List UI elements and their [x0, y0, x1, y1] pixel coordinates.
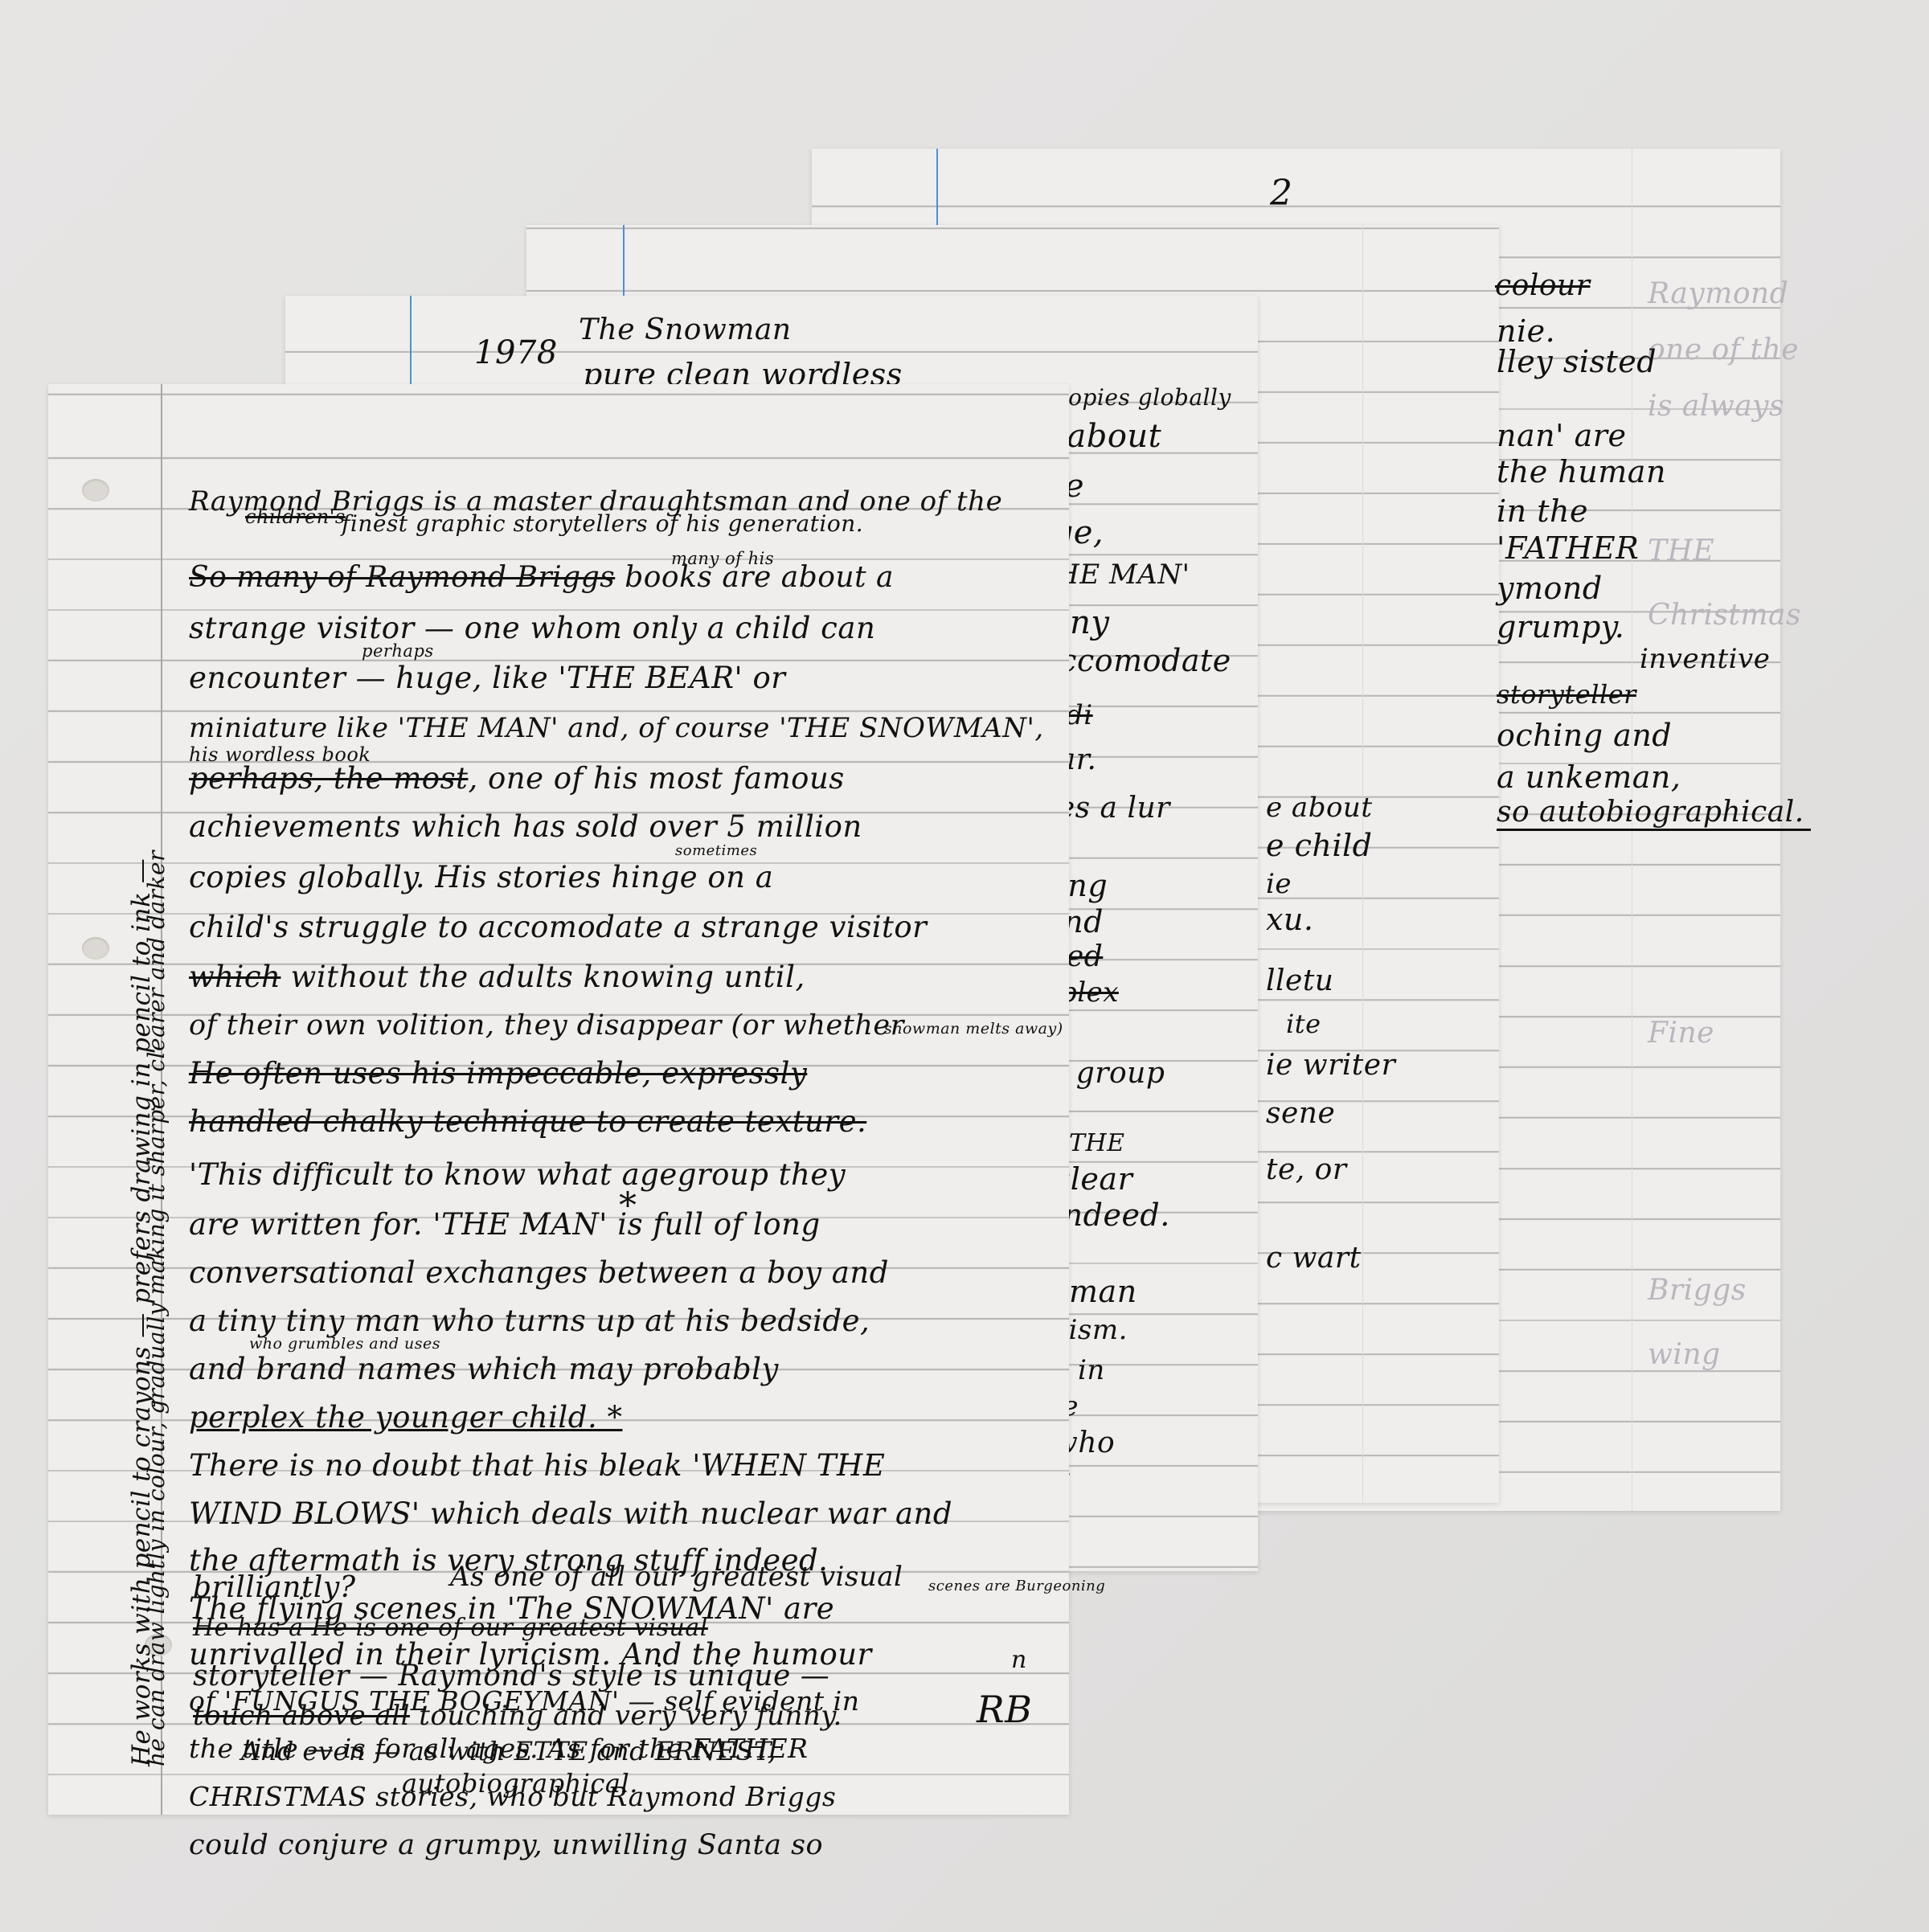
binder-hole [82, 479, 109, 501]
column-rule [1362, 225, 1363, 1503]
text-line: which without the adults knowing until, [189, 952, 1057, 1002]
text-line: storyteller — Raymond's style is unique … [193, 1660, 829, 1693]
show-through-text: wing [1648, 1338, 1721, 1371]
insertion: snowman melts away) [884, 1020, 1063, 1038]
initials-signature: RB [977, 1688, 1032, 1731]
text-line: He often uses his impeccable, expressly [189, 1049, 1057, 1099]
handwritten-fragment: te, or [1266, 1153, 1347, 1186]
show-through-text: Briggs [1648, 1274, 1747, 1307]
page-number: 2 [1270, 173, 1293, 214]
text-line: So many of Raymond Briggs books are abou… [189, 553, 1057, 603]
show-through-text: is always [1648, 390, 1784, 423]
handwritten-fragment: e child [1266, 828, 1372, 863]
star-marker: * [619, 1185, 637, 1226]
text-line: and brand names which may probably [189, 1345, 1057, 1394]
handwritten-fragment: accomodate [1041, 643, 1231, 678]
show-through-text: Christmas [1648, 599, 1801, 632]
handwritten-fragment: storyteller [1497, 679, 1636, 710]
text-line: copies globally. His stories hinge on a [189, 853, 1057, 903]
text-line: As one of all our greatest visual [450, 1561, 903, 1593]
text-line: finest graphic storytellers of his gener… [342, 499, 1057, 549]
insertion: scenes are Burgeoning [928, 1578, 1105, 1594]
text-line: perplex the younger child. * [189, 1393, 1057, 1443]
margin-note: he can draw lightly in colour, gradually… [143, 850, 170, 1766]
binder-hole [82, 937, 109, 960]
handwritten-fragment: nan' are [1497, 418, 1626, 453]
handwritten-fragment: in the [1497, 493, 1588, 529]
handwritten-fragment: colour [1495, 269, 1590, 302]
show-through-text: one of the [1648, 334, 1799, 366]
text-line: handled chalky technique to create textu… [189, 1097, 1057, 1147]
title-note: The Snowman [579, 313, 792, 346]
handwritten-fragment: 'FATHER [1497, 530, 1639, 566]
handwritten-fragment: e about [1266, 792, 1373, 824]
text-line: brilliantly? [193, 1571, 356, 1604]
text-line: could conjure a grumpy, unwilling Santa … [189, 1820, 1057, 1870]
handwritten-fragment: so autobiographical. [1497, 796, 1811, 831]
handwritten-fragment: ite [1286, 1009, 1321, 1039]
text-line: WIND BLOWS' which deals with nuclear war… [189, 1489, 1057, 1539]
handwritten-fragment: grumpy. [1497, 609, 1624, 645]
text-line: He has a He is one of our greatest visua… [193, 1614, 708, 1642]
text-line: And even — as with ETTE and ERNEST, [241, 1736, 776, 1766]
show-through-text: THE [1648, 534, 1714, 567]
handwritten-insertion: inventive [1640, 643, 1770, 675]
handwritten-fragment: THE [1069, 1129, 1125, 1157]
text-line: touch above all touching and very very f… [193, 1700, 842, 1732]
text-line: autobiographical. [402, 1768, 638, 1799]
text-line: child's struggle to accomodate a strange… [189, 903, 1057, 952]
text-line: There is no doubt that his bleak 'WHEN T… [189, 1441, 1057, 1491]
handwritten-fragment: ie writer [1266, 1049, 1395, 1082]
handwritten-fragment: sene [1266, 1097, 1335, 1130]
year-note: 1978 [474, 334, 558, 371]
text-line: perhaps, the most, one of his most famou… [189, 754, 1057, 804]
handwritten-fragment: indeed. [1053, 1197, 1170, 1233]
text-line: strange visitor — one whom only a child … [189, 604, 1057, 653]
handwritten-fragment: lley sisted [1497, 344, 1657, 379]
handwritten-fragment: lletu [1266, 964, 1333, 997]
text-line: achievements which has sold over 5 milli… [189, 802, 1057, 852]
handwritten-fragment: a unkeman, [1497, 759, 1681, 795]
handwritten-fragment: xu. [1266, 902, 1313, 937]
handwritten-fragment: ie [1266, 868, 1292, 900]
text-line: encounter — huge, like 'THE BEAR' or [189, 653, 1057, 703]
show-through-text: Raymond [1648, 277, 1788, 310]
text-line: conversational exchanges between a boy a… [189, 1248, 1057, 1298]
show-through-text: Fine [1648, 1017, 1714, 1050]
handwritten-fragment: the human [1497, 454, 1666, 489]
page-marker: n [1011, 1646, 1027, 1674]
handwritten-fragment: oching and [1497, 718, 1672, 753]
insertion: children's [245, 506, 346, 528]
handwritten-fragment: c wart [1266, 1242, 1362, 1275]
handwritten-fragment: ymond [1497, 571, 1603, 606]
